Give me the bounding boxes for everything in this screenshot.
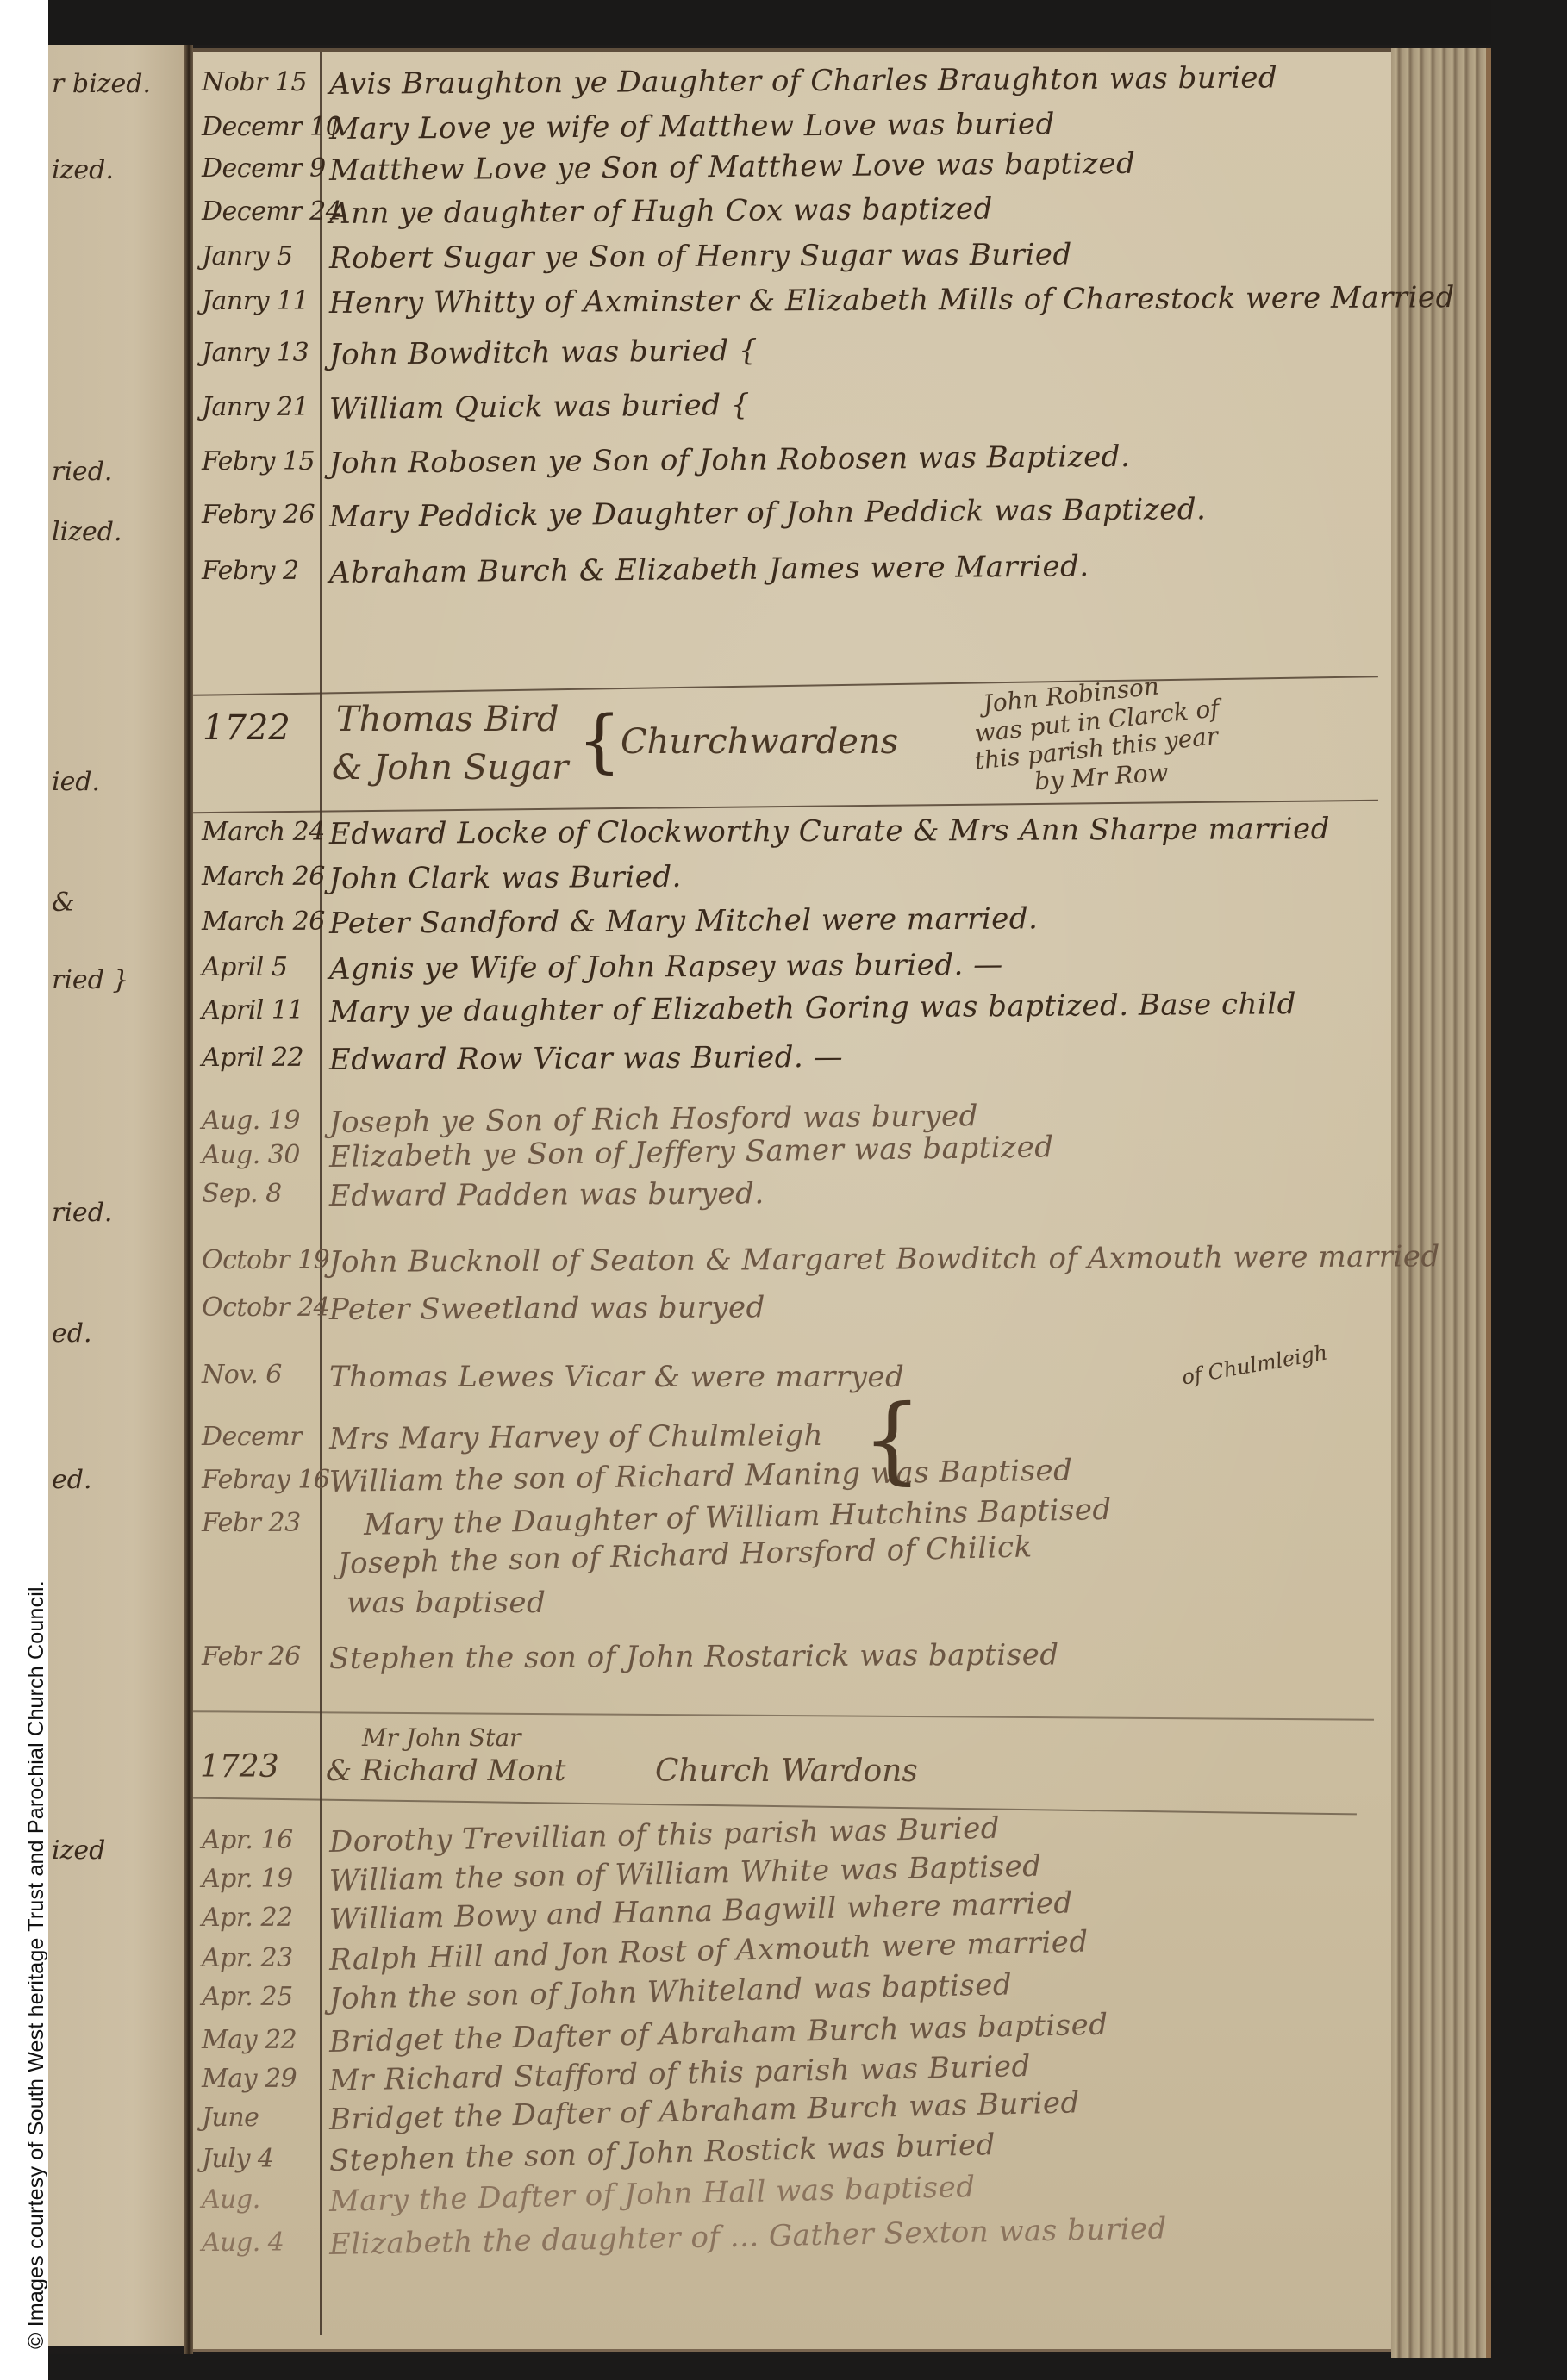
- background-bottom: [48, 2354, 1567, 2380]
- left-page-text-fragment: ed.: [52, 1318, 92, 1349]
- entry-date: Janry 13: [202, 338, 322, 368]
- entry-date: Janry 11: [202, 286, 322, 316]
- entry-text: Agnis ye Wife of John Rapsey was buried.…: [329, 944, 1389, 987]
- year-label: 1722: [203, 708, 290, 748]
- entry-date: July 4: [202, 2144, 322, 2174]
- role-label: Churchwardens: [621, 722, 898, 762]
- entry-date: Febry 2: [202, 556, 322, 586]
- background-right: [1491, 0, 1567, 2380]
- entry-date: April 5: [202, 952, 322, 982]
- entry-text: Edward Locke of Clockworthy Curate & Mrs…: [329, 812, 1389, 851]
- register-entry-row: Sep. 8Edward Padden was buryed.: [193, 1179, 1391, 1229]
- left-page-text-fragment: &: [52, 888, 75, 918]
- entry-date: Decemr 24: [202, 196, 322, 227]
- entry-text: was baptised: [346, 1586, 1407, 1620]
- background-top: [48, 0, 1567, 45]
- register-entry-row: Janry 13John Bowditch was buried {: [193, 338, 1391, 388]
- year-label: 1723: [200, 1749, 279, 1785]
- entry-text: Stephen the son of John Rostarick was ba…: [329, 1636, 1389, 1676]
- entry-date: Febray 16: [202, 1465, 322, 1495]
- entry-date: May 22: [202, 2025, 322, 2055]
- entry-date: Apr. 16: [202, 1825, 322, 1855]
- entry-date: March 26: [202, 862, 322, 892]
- entry-text: Avis Braughton ye Daughter of Charles Br…: [329, 59, 1389, 102]
- register-entry-row: April 22Edward Row Vicar was Buried. —: [193, 1043, 1391, 1093]
- left-page-text-fragment: ied.: [52, 767, 100, 797]
- entry-date: Febr 26: [202, 1642, 322, 1672]
- role-label: Church Wardons: [655, 1754, 918, 1789]
- churchwarden-name: & John Sugar: [332, 748, 568, 788]
- entry-date: June: [202, 2103, 322, 2133]
- entry-date: Janry 21: [202, 392, 322, 422]
- register-entry-row: Febry 15John Robosen ye Son of John Robo…: [193, 446, 1391, 496]
- entry-date: Janry 5: [202, 241, 322, 271]
- entry-text: Henry Whitty of Axminster & Elizabeth Mi…: [329, 281, 1389, 321]
- entry-text: Mary Love ye wife of Matthew Love was bu…: [329, 104, 1389, 146]
- entry-date: May 29: [202, 2064, 322, 2094]
- entry-text: Edward Row Vicar was Buried. —: [329, 1037, 1389, 1077]
- register-entry-row: was baptised: [193, 1586, 1391, 1635]
- left-page-text-fragment: ed.: [52, 1465, 92, 1495]
- entry-date: April 11: [202, 995, 322, 1025]
- entry-date: Aug. 19: [202, 1106, 322, 1136]
- entry-date: Aug.: [202, 2184, 322, 2215]
- churchwarden-name: & Richard Mont: [326, 1754, 565, 1788]
- page-edges-stack: [1391, 48, 1491, 2358]
- entry-date: Apr. 25: [202, 1982, 322, 2012]
- entry-date: Apr. 22: [202, 1903, 322, 1933]
- brace-icon: {: [577, 707, 621, 776]
- register-entry-row: Janry 21William Quick was buried {: [193, 392, 1391, 442]
- left-page-text-fragment: ried.: [52, 1198, 112, 1228]
- left-facing-page: [48, 45, 190, 2346]
- copyright-credit: © Images courtesy of South West heritage…: [24, 1580, 48, 2349]
- entry-text: Peter Sandford & Mary Mitchel were marri…: [329, 899, 1389, 941]
- entry-date: Apr. 23: [202, 1943, 322, 1973]
- left-page-text-fragment: ized: [52, 1835, 105, 1866]
- entry-text: John Bucknoll of Seaton & Margaret Bowdi…: [329, 1240, 1389, 1280]
- entry-text: Peter Sweetland was buryed: [329, 1287, 1389, 1327]
- entry-date: Octobr 19: [202, 1245, 322, 1275]
- left-page-text-fragment: ized.: [52, 155, 114, 185]
- entry-date: Nov. 6: [202, 1360, 322, 1390]
- entry-date: April 22: [202, 1043, 322, 1073]
- entry-date: Aug. 30: [202, 1140, 322, 1170]
- entry-date: Nobr 15: [202, 67, 322, 97]
- register-entry-row: Febry 2Abraham Burch & Elizabeth James w…: [193, 556, 1391, 606]
- register-entry-row: Octobr 24Peter Sweetland was buryed: [193, 1293, 1391, 1343]
- register-entry-row: Febr 26Stephen the son of John Rostarick…: [193, 1642, 1391, 1692]
- brace-icon: {: [862, 1392, 922, 1486]
- entry-date: March 26: [202, 907, 322, 937]
- churchwarden-name: Thomas Bird: [336, 700, 559, 739]
- left-page-text-fragment: r bized.: [52, 69, 151, 99]
- entry-date: Aug. 4: [202, 2227, 322, 2258]
- entry-text: Ann ye daughter of Hugh Cox was baptized: [329, 189, 1389, 231]
- entry-date: Febry 26: [202, 500, 322, 530]
- credit-strip: © Images courtesy of South West heritage…: [0, 0, 48, 2380]
- book-gutter: [184, 45, 193, 2354]
- entry-date: Febry 15: [202, 446, 322, 477]
- entry-text: Edward Padden was buryed.: [329, 1174, 1389, 1213]
- entry-date: Febr 23: [202, 1508, 322, 1538]
- entry-date: March 24: [202, 817, 322, 847]
- left-page-text-fragment: lized.: [52, 517, 122, 547]
- entry-date: Decemr 9: [202, 153, 322, 184]
- entry-date: Sep. 8: [202, 1179, 322, 1209]
- entry-date: Octobr 24: [202, 1293, 322, 1323]
- register-entry-row: Febry 26Mary Peddick ye Daughter of John…: [193, 500, 1391, 550]
- entry-date: Apr. 19: [202, 1864, 322, 1894]
- churchwarden-name: Mr John Star: [362, 1723, 521, 1752]
- left-page-text-fragment: ried.: [52, 457, 112, 487]
- register-entry-row: Aug. 4Elizabeth the daughter of ... Gath…: [193, 2227, 1391, 2277]
- entry-text: Robert Sugar ye Son of Henry Sugar was B…: [329, 236, 1389, 276]
- entry-text: John Clark was Buried.: [329, 857, 1389, 896]
- entry-date: Decemr 10: [202, 112, 322, 142]
- entry-date: Decemr: [202, 1422, 322, 1452]
- left-page-text-fragment: ried }: [52, 965, 129, 995]
